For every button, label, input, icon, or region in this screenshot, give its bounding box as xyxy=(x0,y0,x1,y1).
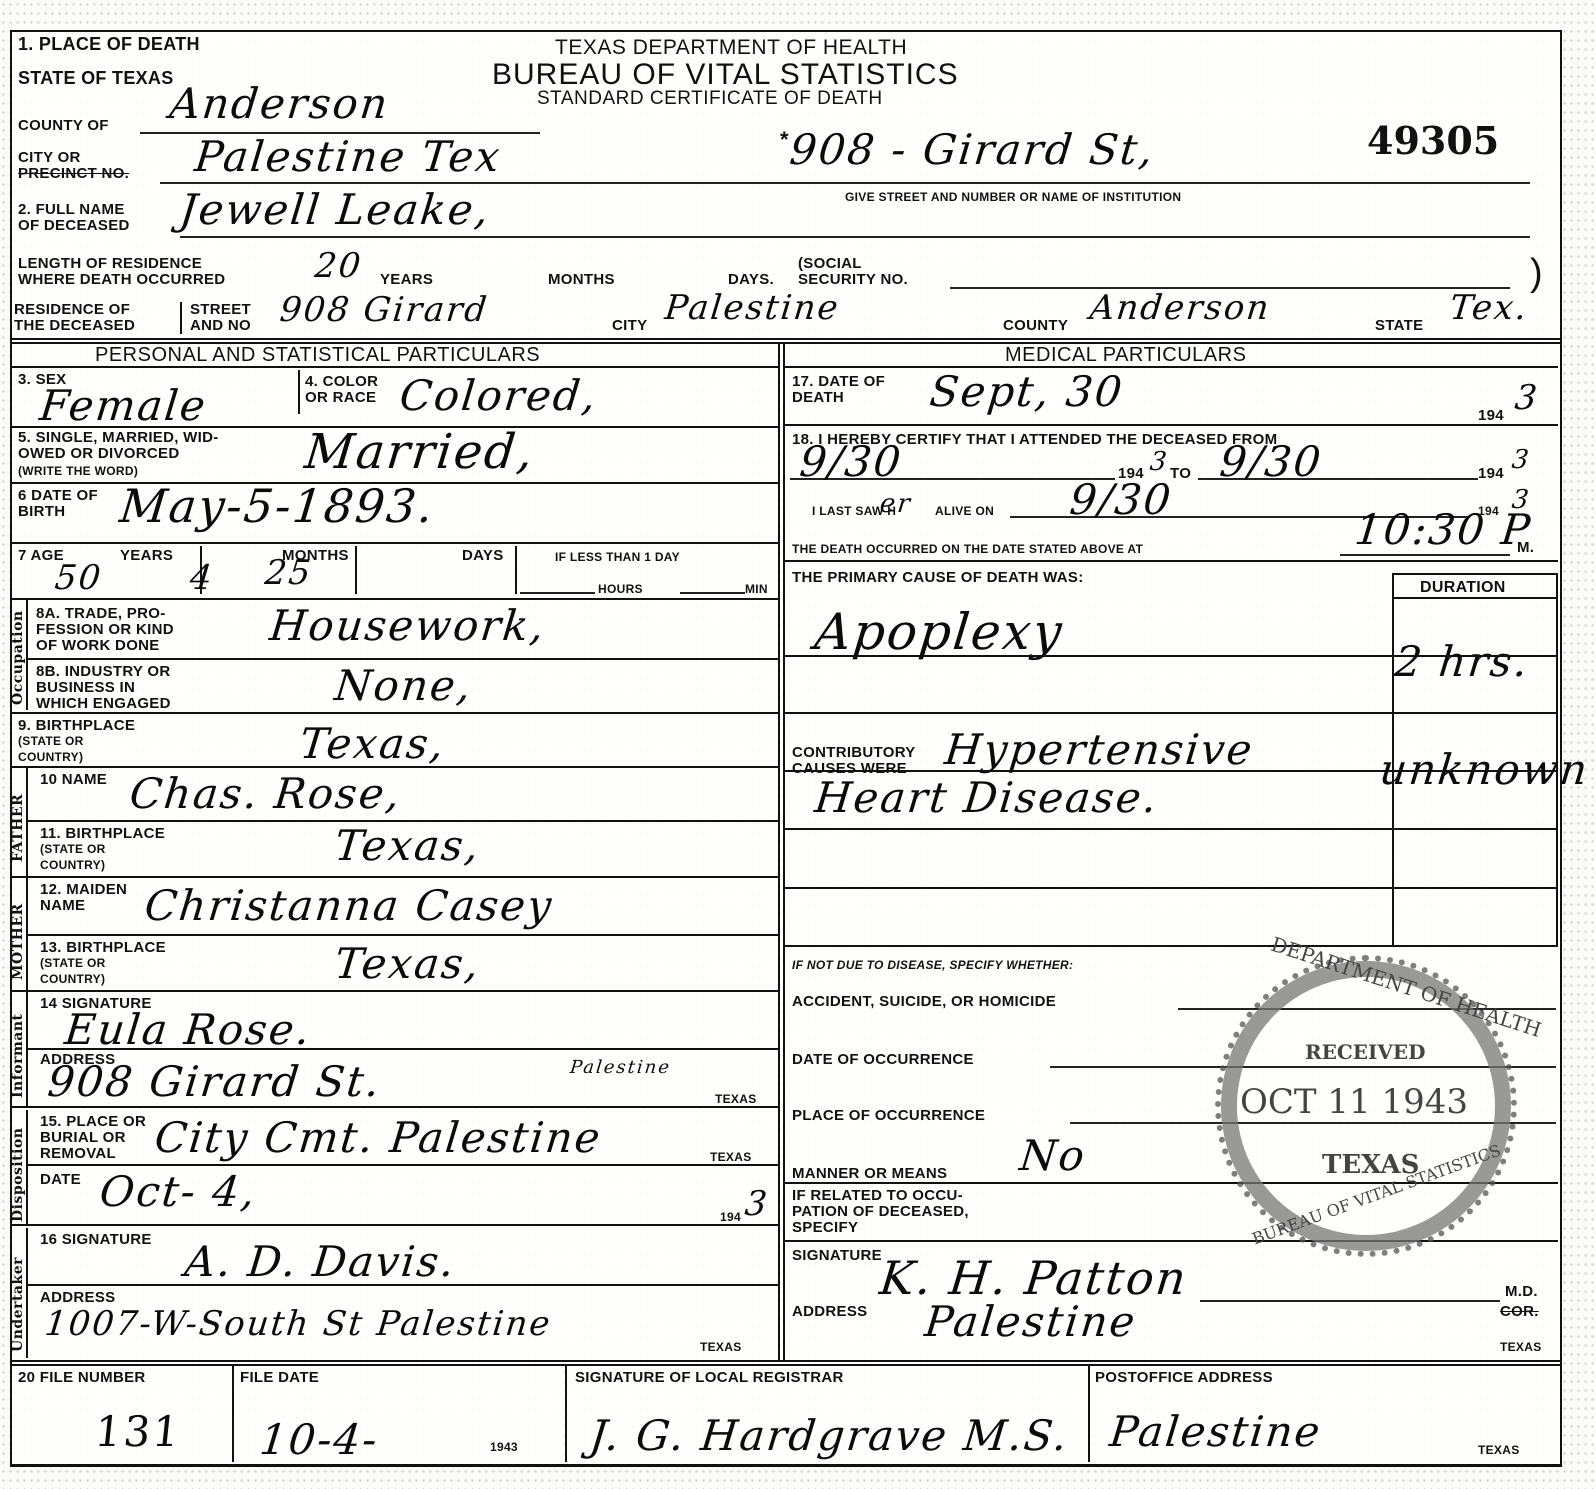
mother-birthplace-label-2: (STATE OR xyxy=(40,956,106,970)
manner-value: No xyxy=(1018,1134,1089,1178)
city-value: Palestine Tex xyxy=(193,135,504,179)
accident-label: ACCIDENT, SUICIDE, OR HOMICIDE xyxy=(792,994,1056,1010)
not-disease-label: IF NOT DUE TO DISEASE, SPECIFY WHETHER: xyxy=(792,958,1073,972)
attended-to-year: 3 xyxy=(1511,446,1532,474)
physician-address-label: ADDRESS xyxy=(792,1304,867,1320)
burial-label-1: 15. PLACE OR xyxy=(40,1114,146,1130)
marital-value: Married, xyxy=(303,430,537,474)
medical-section-title: MEDICAL PARTICULARS xyxy=(1005,344,1246,367)
ssn-label-2: SECURITY NO. xyxy=(798,272,908,288)
residence-state-label: STATE xyxy=(1375,318,1423,334)
dod-value: Sept, 30 xyxy=(928,370,1126,414)
form-title: STANDARD CERTIFICATE OF DEATH xyxy=(537,88,883,110)
city-label-1: CITY OR xyxy=(18,150,81,166)
registrar-label: SIGNATURE OF LOCAL REGISTRAR xyxy=(575,1370,844,1386)
years-label: YEARS xyxy=(380,272,433,288)
birthplace-label-3: COUNTRY) xyxy=(18,750,83,764)
cor-label: COR. xyxy=(1500,1304,1539,1320)
father-birthplace-value: Texas, xyxy=(333,824,483,868)
father-birthplace-label-1: 11. BIRTHPLACE xyxy=(40,826,165,842)
mother-birthplace-value: Texas, xyxy=(333,942,483,986)
occurrence-date-label: DATE OF OCCURRENCE xyxy=(792,1052,974,1068)
min-label: MIN xyxy=(745,582,768,596)
race-label-1: 4. COLOR xyxy=(305,374,378,390)
last-saw-value: 9/30 xyxy=(1068,478,1175,522)
attended-to-value: 9/30 xyxy=(1218,440,1325,484)
mother-birthplace-label-1: 13. BIRTHPLACE xyxy=(40,940,166,956)
mother-name-value: Christanna Casey xyxy=(143,884,556,928)
duration-label: DURATION xyxy=(1420,580,1506,596)
street-hint: GIVE STREET AND NUMBER OR NAME OF INSTIT… xyxy=(845,190,1181,204)
trade-label-2: FESSION OR KIND xyxy=(36,622,174,638)
physician-address-value: Palestine xyxy=(923,1300,1139,1344)
file-number-label: 20 FILE NUMBER xyxy=(18,1370,146,1386)
trade-value: Housework, xyxy=(268,604,548,648)
undertaker-signature-value: A. D. Davis. xyxy=(183,1240,458,1284)
father-birthplace-label-3: COUNTRY) xyxy=(40,858,105,872)
file-date-label: FILE DATE xyxy=(240,1370,319,1386)
contributory-label-1: CONTRIBUTORY xyxy=(792,745,916,761)
industry-label-2: BUSINESS IN xyxy=(36,680,135,696)
street-marker: * xyxy=(780,132,789,148)
marital-label-2: OWED OR DIVORCED xyxy=(18,446,179,462)
residence-county-value: Anderson xyxy=(1088,290,1272,326)
attended-from-value: 9/30 xyxy=(798,440,905,484)
place-of-death-label: 1. PLACE OF DEATH xyxy=(18,36,200,53)
informant-texas-label: TEXAS xyxy=(715,1092,757,1106)
dob-label-1: 6 DATE OF xyxy=(18,488,98,504)
burial-texas-label: TEXAS xyxy=(710,1150,752,1164)
md-label: M.D. xyxy=(1505,1284,1538,1300)
undertaker-side-label: Undertaker xyxy=(10,1257,26,1352)
informant-side-label: Informant xyxy=(10,1014,26,1099)
trade-label-1: 8A. TRADE, PRO- xyxy=(36,606,166,622)
occupation-side-label: Occupation xyxy=(10,610,26,705)
personal-section-title: PERSONAL AND STATISTICAL PARTICULARS xyxy=(95,344,540,367)
age-years-value: 50 xyxy=(53,560,104,596)
death-time-suffix: M. xyxy=(1517,540,1534,556)
dod-label-2: DEATH xyxy=(792,390,844,406)
street-label-1: STREET xyxy=(190,302,251,318)
residence-length-label-2: WHERE DEATH OCCURRED xyxy=(18,272,225,288)
dob-label-2: BIRTH xyxy=(18,504,65,520)
age-days-label: DAYS xyxy=(462,548,504,564)
last-saw-label-2: ALIVE ON xyxy=(935,504,994,518)
postoffice-label: POSTOFFICE ADDRESS xyxy=(1095,1370,1273,1386)
undertaker-address-value: 1007-W-South St Palestine xyxy=(43,1306,553,1342)
primary-cause-value: Apoplexy xyxy=(813,610,1066,654)
residence-length-label-1: LENGTH OF RESIDENCE xyxy=(18,256,202,272)
physician-signature-value: K. H. Patton xyxy=(878,1256,1190,1300)
county-label: COUNTY OF xyxy=(18,118,109,134)
occupation-related-label-3: SPECIFY xyxy=(792,1220,858,1236)
file-number-value: 131 xyxy=(93,1410,184,1454)
dod-year-suffix: 3 xyxy=(1513,380,1540,416)
marital-label-3: (WRITE THE WORD) xyxy=(18,464,138,478)
father-side-label: FATHER xyxy=(10,794,26,862)
burial-label-2: BURIAL OR xyxy=(40,1130,126,1146)
burial-date-value: Oct- 4, xyxy=(98,1170,259,1214)
contributory-value-2: Heart Disease. xyxy=(813,776,1161,820)
birthplace-value: Texas, xyxy=(298,722,448,766)
father-birthplace-label-2: (STATE OR xyxy=(40,842,106,856)
death-street-value: 908 - Girard St, xyxy=(788,128,1157,172)
mother-name-label-1: 12. MAIDEN xyxy=(40,882,127,898)
burial-year-prefix: 194 xyxy=(720,1210,741,1224)
birthplace-label-2: (STATE OR xyxy=(18,734,84,748)
residence-city-label: CITY xyxy=(612,318,647,334)
mother-side-label: MOTHER xyxy=(10,903,26,980)
father-name-value: Chas. Rose, xyxy=(128,772,404,816)
death-time-value: 10:30 P xyxy=(1353,508,1534,552)
primary-cause-label: THE PRIMARY CAUSE OF DEATH WAS: xyxy=(792,570,1084,586)
county-value: Anderson xyxy=(168,82,392,126)
postoffice-texas-label: TEXAS xyxy=(1478,1443,1520,1457)
deceased-name-value: Jewell Leake, xyxy=(178,188,493,232)
residence-label-1: RESIDENCE OF xyxy=(14,302,130,318)
certificate-number: 49305 xyxy=(1367,118,1499,163)
full-name-label-1: 2. FULL NAME xyxy=(18,202,125,218)
race-value: Colored, xyxy=(398,374,600,418)
street-label-2: AND NO xyxy=(190,318,251,334)
dod-year-prefix: 194 xyxy=(1478,408,1504,424)
undertaker-signature-label: 16 SIGNATURE xyxy=(40,1232,152,1248)
physician-signature-label: SIGNATURE xyxy=(792,1248,882,1264)
city-label-2: PRECINCT NO. xyxy=(18,166,129,182)
contributory-value-1: Hypertensive xyxy=(943,728,1256,772)
months-label: MONTHS xyxy=(548,272,615,288)
less-than-day-label: IF LESS THAN 1 DAY xyxy=(555,550,680,564)
dod-label-1: 17. DATE OF xyxy=(792,374,885,390)
days-label: DAYS. xyxy=(728,272,774,288)
industry-label-1: 8B. INDUSTRY OR xyxy=(36,664,171,680)
manner-label: MANNER OR MEANS xyxy=(792,1166,947,1182)
file-date-year: 1943 xyxy=(490,1440,518,1454)
dob-value: May-5-1893. xyxy=(118,484,437,528)
informant-address-city: Palestine xyxy=(569,1058,672,1078)
undertaker-texas-label: TEXAS xyxy=(700,1340,742,1354)
state-of-texas-label: STATE OF TEXAS xyxy=(18,70,174,87)
marital-label-1: 5. SINGLE, MARRIED, WID- xyxy=(18,430,219,446)
death-certificate-page: 1. PLACE OF DEATH STATE OF TEXAS TEXAS D… xyxy=(0,0,1596,1489)
burial-label-3: REMOVAL xyxy=(40,1146,116,1162)
burial-place-value: City Cmt. Palestine xyxy=(153,1116,604,1160)
occupation-related-label-1: IF RELATED TO OCCU- xyxy=(792,1188,963,1204)
residence-street-value: 908 Girard xyxy=(278,292,490,328)
postoffice-value: Palestine xyxy=(1108,1410,1324,1454)
occupation-related-label-2: PATION OF DECEASED, xyxy=(792,1204,969,1220)
ssn-label-1: (SOCIAL xyxy=(798,256,862,272)
informant-signature-value: Eula Rose. xyxy=(63,1008,314,1052)
stamp-date: OCT 11 1943 xyxy=(1240,1082,1468,1122)
occurrence-place-label: PLACE OF OCCURRENCE xyxy=(792,1108,985,1124)
attended-to-year-prefix: 194 xyxy=(1478,466,1504,482)
informant-address-value: 908 Girard St. xyxy=(46,1060,384,1104)
residence-years-value: 20 xyxy=(313,248,364,284)
bureau-title: BUREAU OF VITAL STATISTICS xyxy=(492,58,959,92)
mother-birthplace-label-3: COUNTRY) xyxy=(40,972,105,986)
age-years-label: YEARS xyxy=(120,548,173,564)
file-date-value: 10-4- xyxy=(258,1418,381,1462)
ssn-close-paren: ) xyxy=(1530,252,1543,295)
registrar-signature-value: J. G. Hardgrave M.S. xyxy=(588,1414,1071,1458)
burial-year-suffix: 3 xyxy=(743,1186,770,1222)
stamp-received: RECEIVED xyxy=(1305,1040,1426,1064)
last-saw-pronoun: er xyxy=(879,490,914,518)
physician-texas-label: TEXAS xyxy=(1500,1340,1542,1354)
attended-from-year: 3 xyxy=(1149,448,1170,476)
residence-city-value: Palestine xyxy=(663,290,841,326)
death-time-label: THE DEATH OCCURRED ON THE DATE STATED AB… xyxy=(792,542,1143,556)
residence-label-2: THE DECEASED xyxy=(14,318,135,334)
full-name-label-2: OF DECEASED xyxy=(18,218,130,234)
race-label-2: OR RACE xyxy=(305,390,376,406)
residence-state-value: Tex. xyxy=(1448,290,1530,326)
disposition-side-label: Disposition xyxy=(10,1128,26,1222)
burial-date-label: DATE xyxy=(40,1172,81,1188)
age-months-value: 4 xyxy=(188,560,215,596)
father-name-label: 10 NAME xyxy=(40,772,107,788)
age-days-value: 25 xyxy=(263,555,314,591)
residence-county-label: COUNTY xyxy=(1003,318,1068,334)
duration-value: 2 hrs. xyxy=(1393,640,1532,684)
industry-value: None, xyxy=(333,664,475,708)
birthplace-label-1: 9. BIRTHPLACE xyxy=(18,718,135,734)
industry-label-3: WHICH ENGAGED xyxy=(36,696,171,712)
mother-name-label-2: NAME xyxy=(40,898,85,914)
hours-label: HOURS xyxy=(598,582,643,596)
trade-label-3: OF WORK DONE xyxy=(36,638,160,654)
sex-value: Female xyxy=(38,384,209,428)
department-title: TEXAS DEPARTMENT OF HEALTH xyxy=(555,36,907,60)
